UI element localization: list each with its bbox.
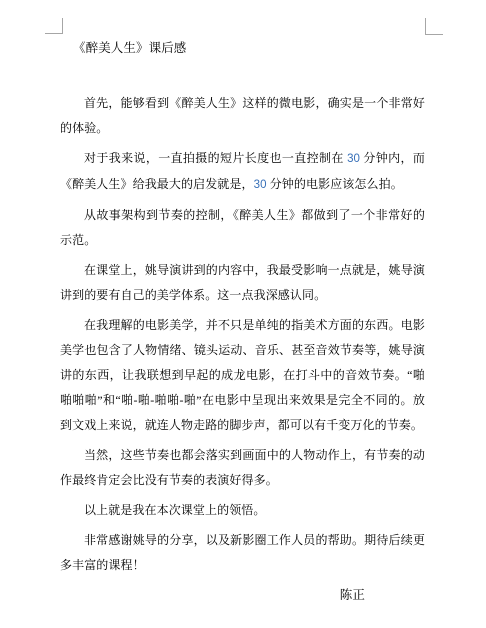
document-content: 《醉美人生》课后感 首先，能够看到《醉美人生》这样的微电影，确实是一个非常好的体…: [60, 36, 425, 608]
text-run: 从故事架构到节奏的控制，《醉美人生》都做到了一个非常好的示范。: [60, 208, 425, 247]
paragraph: 以上就是我在本次课堂上的领悟。: [60, 498, 425, 523]
text-run: 在我理解的电影美学，并不只是单纯的指美术方面的东西。电影美学也包含了人物情绪、镜…: [60, 318, 425, 432]
number-run: 30: [347, 153, 360, 165]
paragraph: 非常感谢姚导的分享，以及新影圈工作人员的帮助。期待后续更多丰富的课程！: [60, 528, 425, 578]
document-page: 《醉美人生》课后感 首先，能够看到《醉美人生》这样的微电影，确实是一个非常好的体…: [0, 0, 486, 628]
paragraph: 当然，这些节奏也都会落实到画面中的人物动作上，有节奏的动作最终肯定会比没有节奏的…: [60, 443, 425, 493]
text-run: 当然，这些节奏也都会落实到画面中的人物动作上，有节奏的动作最终肯定会比没有节奏的…: [60, 448, 425, 487]
text-run: 首先，能够看到《醉美人生》这样的微电影，确实是一个非常好的体验。: [60, 96, 425, 135]
blank-line: [60, 61, 425, 91]
text-run: 分钟的电影应该怎么拍。: [267, 177, 403, 191]
paragraph: 在我理解的电影美学，并不只是单纯的指美术方面的东西。电影美学也包含了人物情绪、镜…: [60, 313, 425, 438]
page-margin-mark-top-left: [45, 18, 63, 34]
document-title: 《醉美人生》课后感: [60, 36, 425, 61]
paragraph: 首先，能够看到《醉美人生》这样的微电影，确实是一个非常好的体验。: [60, 91, 425, 141]
paragraph: 从故事架构到节奏的控制，《醉美人生》都做到了一个非常好的示范。: [60, 203, 425, 253]
paragraph: 在课堂上，姚导演讲到的内容中，我最受影响一点就是，姚导演讲到的要有自己的美学体系…: [60, 258, 425, 308]
text-run: 对于我来说，一直拍摄的短片长度也一直控制在: [84, 151, 347, 165]
document-body: 首先，能够看到《醉美人生》这样的微电影，确实是一个非常好的体验。对于我来说，一直…: [60, 91, 425, 578]
text-run: 在课堂上，姚导演讲到的内容中，我最受影响一点就是，姚导演讲到的要有自己的美学体系…: [60, 263, 425, 302]
paragraph: 对于我来说，一直拍摄的短片长度也一直控制在 30 分钟内，而《醉美人生》给我最大…: [60, 146, 425, 198]
text-run: 以上就是我在本次课堂上的领悟。: [84, 503, 266, 517]
text-run: 非常感谢姚导的分享，以及新影圈工作人员的帮助。期待后续更多丰富的课程！: [60, 533, 425, 572]
page-margin-mark-top-right: [425, 18, 443, 35]
signature: 陈正: [60, 583, 425, 608]
number-run: 30: [254, 179, 267, 191]
